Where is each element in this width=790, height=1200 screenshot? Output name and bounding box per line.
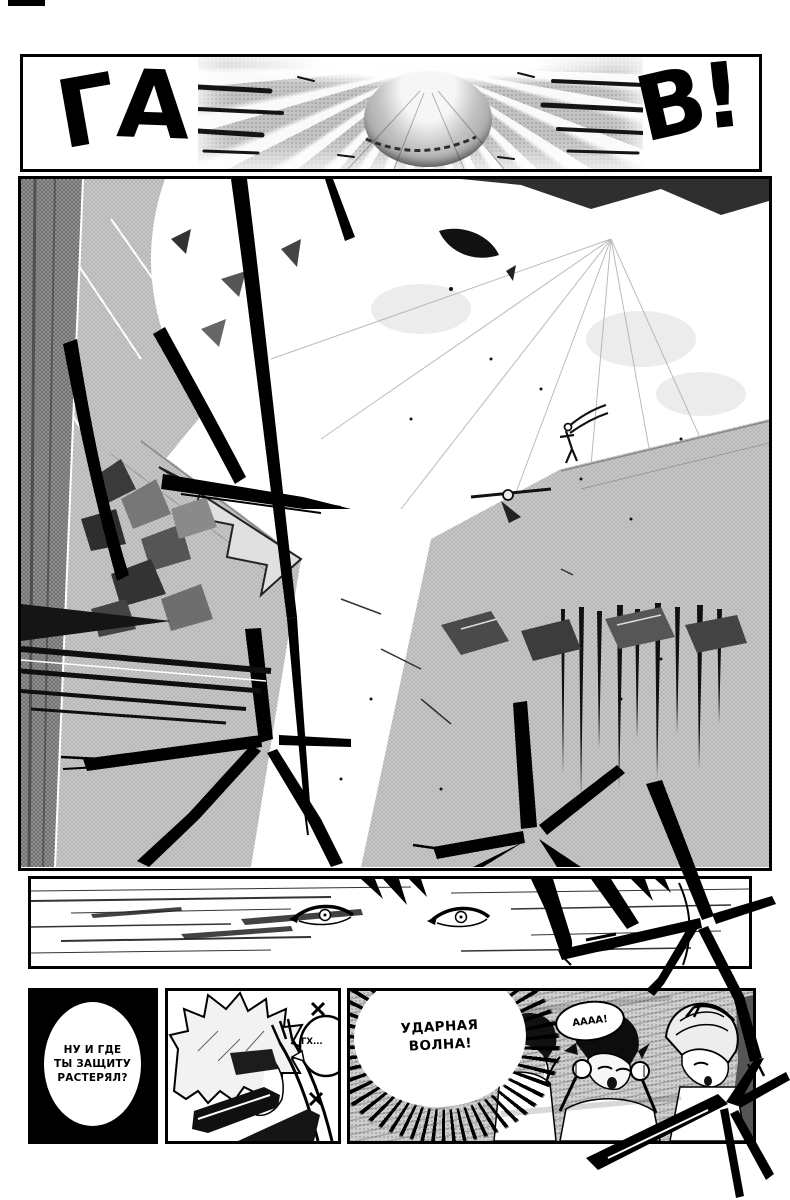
dialogue-line: РАСТЕРЯЛ?	[57, 1071, 127, 1085]
sfx-panel: ГА В!	[20, 54, 762, 172]
eyes-panel	[28, 876, 752, 969]
sfx-letter: !	[697, 54, 747, 144]
sfx-letter: Г	[50, 61, 125, 164]
sfx-panel-streaks	[198, 57, 643, 169]
sfx-text-left: ГА	[55, 58, 192, 159]
page-corner-mark	[8, 0, 45, 6]
explosion-scene	[21, 179, 769, 868]
black-dialogue-panel: НУ И ГДЕ ТЫ ЗАЩИТУ РАСТЕРЯЛ?	[28, 988, 158, 1144]
scream-text: АААА!	[572, 1013, 609, 1028]
explosion-panel	[18, 176, 772, 871]
manga-page: ГА В!	[0, 0, 790, 1200]
speech-bubble-defense: НУ И ГДЕ ТЫ ЗАЩИТУ РАСТЕРЯЛ?	[44, 1002, 141, 1126]
grunt-text: ГХ...	[301, 1037, 341, 1047]
eyes-scene	[31, 879, 749, 966]
shockwave-panel: УДАРНАЯ ВОЛНА! АААА!	[347, 988, 756, 1144]
dialogue-line: ВОЛНА!	[408, 1035, 472, 1056]
dialogue-line: ТЫ ЗАЩИТУ	[54, 1057, 131, 1071]
sfx-text-right: В!	[631, 54, 753, 155]
dialogue-line: НУ И ГДЕ	[64, 1043, 122, 1057]
explosion-rays-art	[198, 57, 643, 169]
character-light-hair	[666, 1004, 746, 1141]
sfx-letter: А	[115, 58, 191, 154]
injured-character-art	[168, 991, 338, 1141]
injured-character-panel: ГХ...	[165, 988, 341, 1144]
